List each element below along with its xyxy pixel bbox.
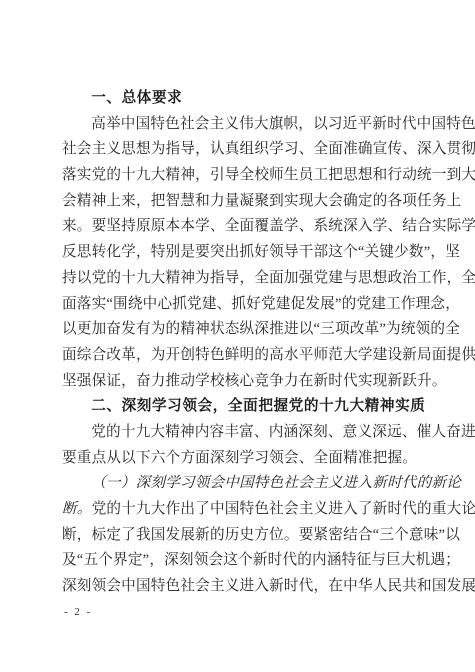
section-heading-1: 一、总体要求: [62, 86, 417, 112]
paragraph-3-text: 党的十九大作出了中国特色社会主义进入了新时代的重大论: [92, 501, 475, 517]
paragraph-1-line: 反思转化学，特别是要突出抓好领导干部这个“关键少数”，坚: [62, 240, 417, 266]
paragraph-1-line: 社会主义思想为指导，认真组织学习、全面准确宣传、深入贯彻: [62, 137, 417, 163]
paragraph-1-line: 面落实“围绕中心抓党建、抓好党建促发展”的党建工作理念，: [62, 292, 417, 318]
paragraph-3-line: 深刻领会中国特色社会主义进入新时代，在中华人民共和国发展: [62, 574, 417, 600]
paragraph-3-line: 断，标定了我国发展新的历史方位。要紧密结合“三个意味”以: [62, 523, 417, 549]
paragraph-1-line: 坚强保证，奋力推动学校核心竞争力在新时代实现新跃升。: [62, 369, 417, 395]
paragraph-1-line: 落实党的十九大精神，引导全校师生员工把思想和行动统一到大: [62, 163, 417, 189]
paragraph-1-line: 持以党的十九大精神为指导，全面加强党建与思想政治工作，全: [62, 266, 417, 292]
paragraph-1-line: 来。要坚持原原本本学、全面覆盖学、系统深入学、结合实际学、: [62, 214, 417, 240]
paragraph-3-line: 断。党的十九大作出了中国特色社会主义进入了新时代的重大论: [62, 497, 417, 523]
paragraph-1-line: 以更加奋发有为的精神状态纵深推进以“三项改革”为统领的全: [62, 317, 417, 343]
paragraph-1-line: 面综合改革，为开创特色鲜明的高水平师范大学建设新局面提供: [62, 343, 417, 369]
paragraph-2-line: 要重点从以下六个方面深刻学习领会、全面精准把握。: [62, 446, 417, 472]
paragraph-3-line: 及“五个界定”，深刻领会这个新时代的内涵特征与巨大机遇；: [62, 548, 417, 574]
paragraph-1-line: 会精神上来，把智慧和力量凝聚到实现大会确定的各项任务上: [62, 189, 417, 215]
page-number: - 2 -: [64, 605, 92, 619]
paragraph-3-topic-sentence: （一）深刻学习领会中国特色社会主义进入新时代的新论: [62, 471, 417, 497]
paragraph-2-line: 党的十九大精神内容丰富、内涵深刻、意义深远、催人奋进。: [62, 420, 417, 446]
topic-sentence-tail: 断。: [62, 501, 92, 517]
document-page: 一、总体要求 高举中国特色社会主义伟大旗帜，以习近平新时代中国特色 社会主义思想…: [0, 0, 475, 672]
text-block: 一、总体要求 高举中国特色社会主义伟大旗帜，以习近平新时代中国特色 社会主义思想…: [62, 86, 417, 600]
section-heading-2: 二、深刻学习领会，全面把握党的十九大精神实质: [62, 394, 417, 420]
paragraph-1-line: 高举中国特色社会主义伟大旗帜，以习近平新时代中国特色: [62, 112, 417, 138]
